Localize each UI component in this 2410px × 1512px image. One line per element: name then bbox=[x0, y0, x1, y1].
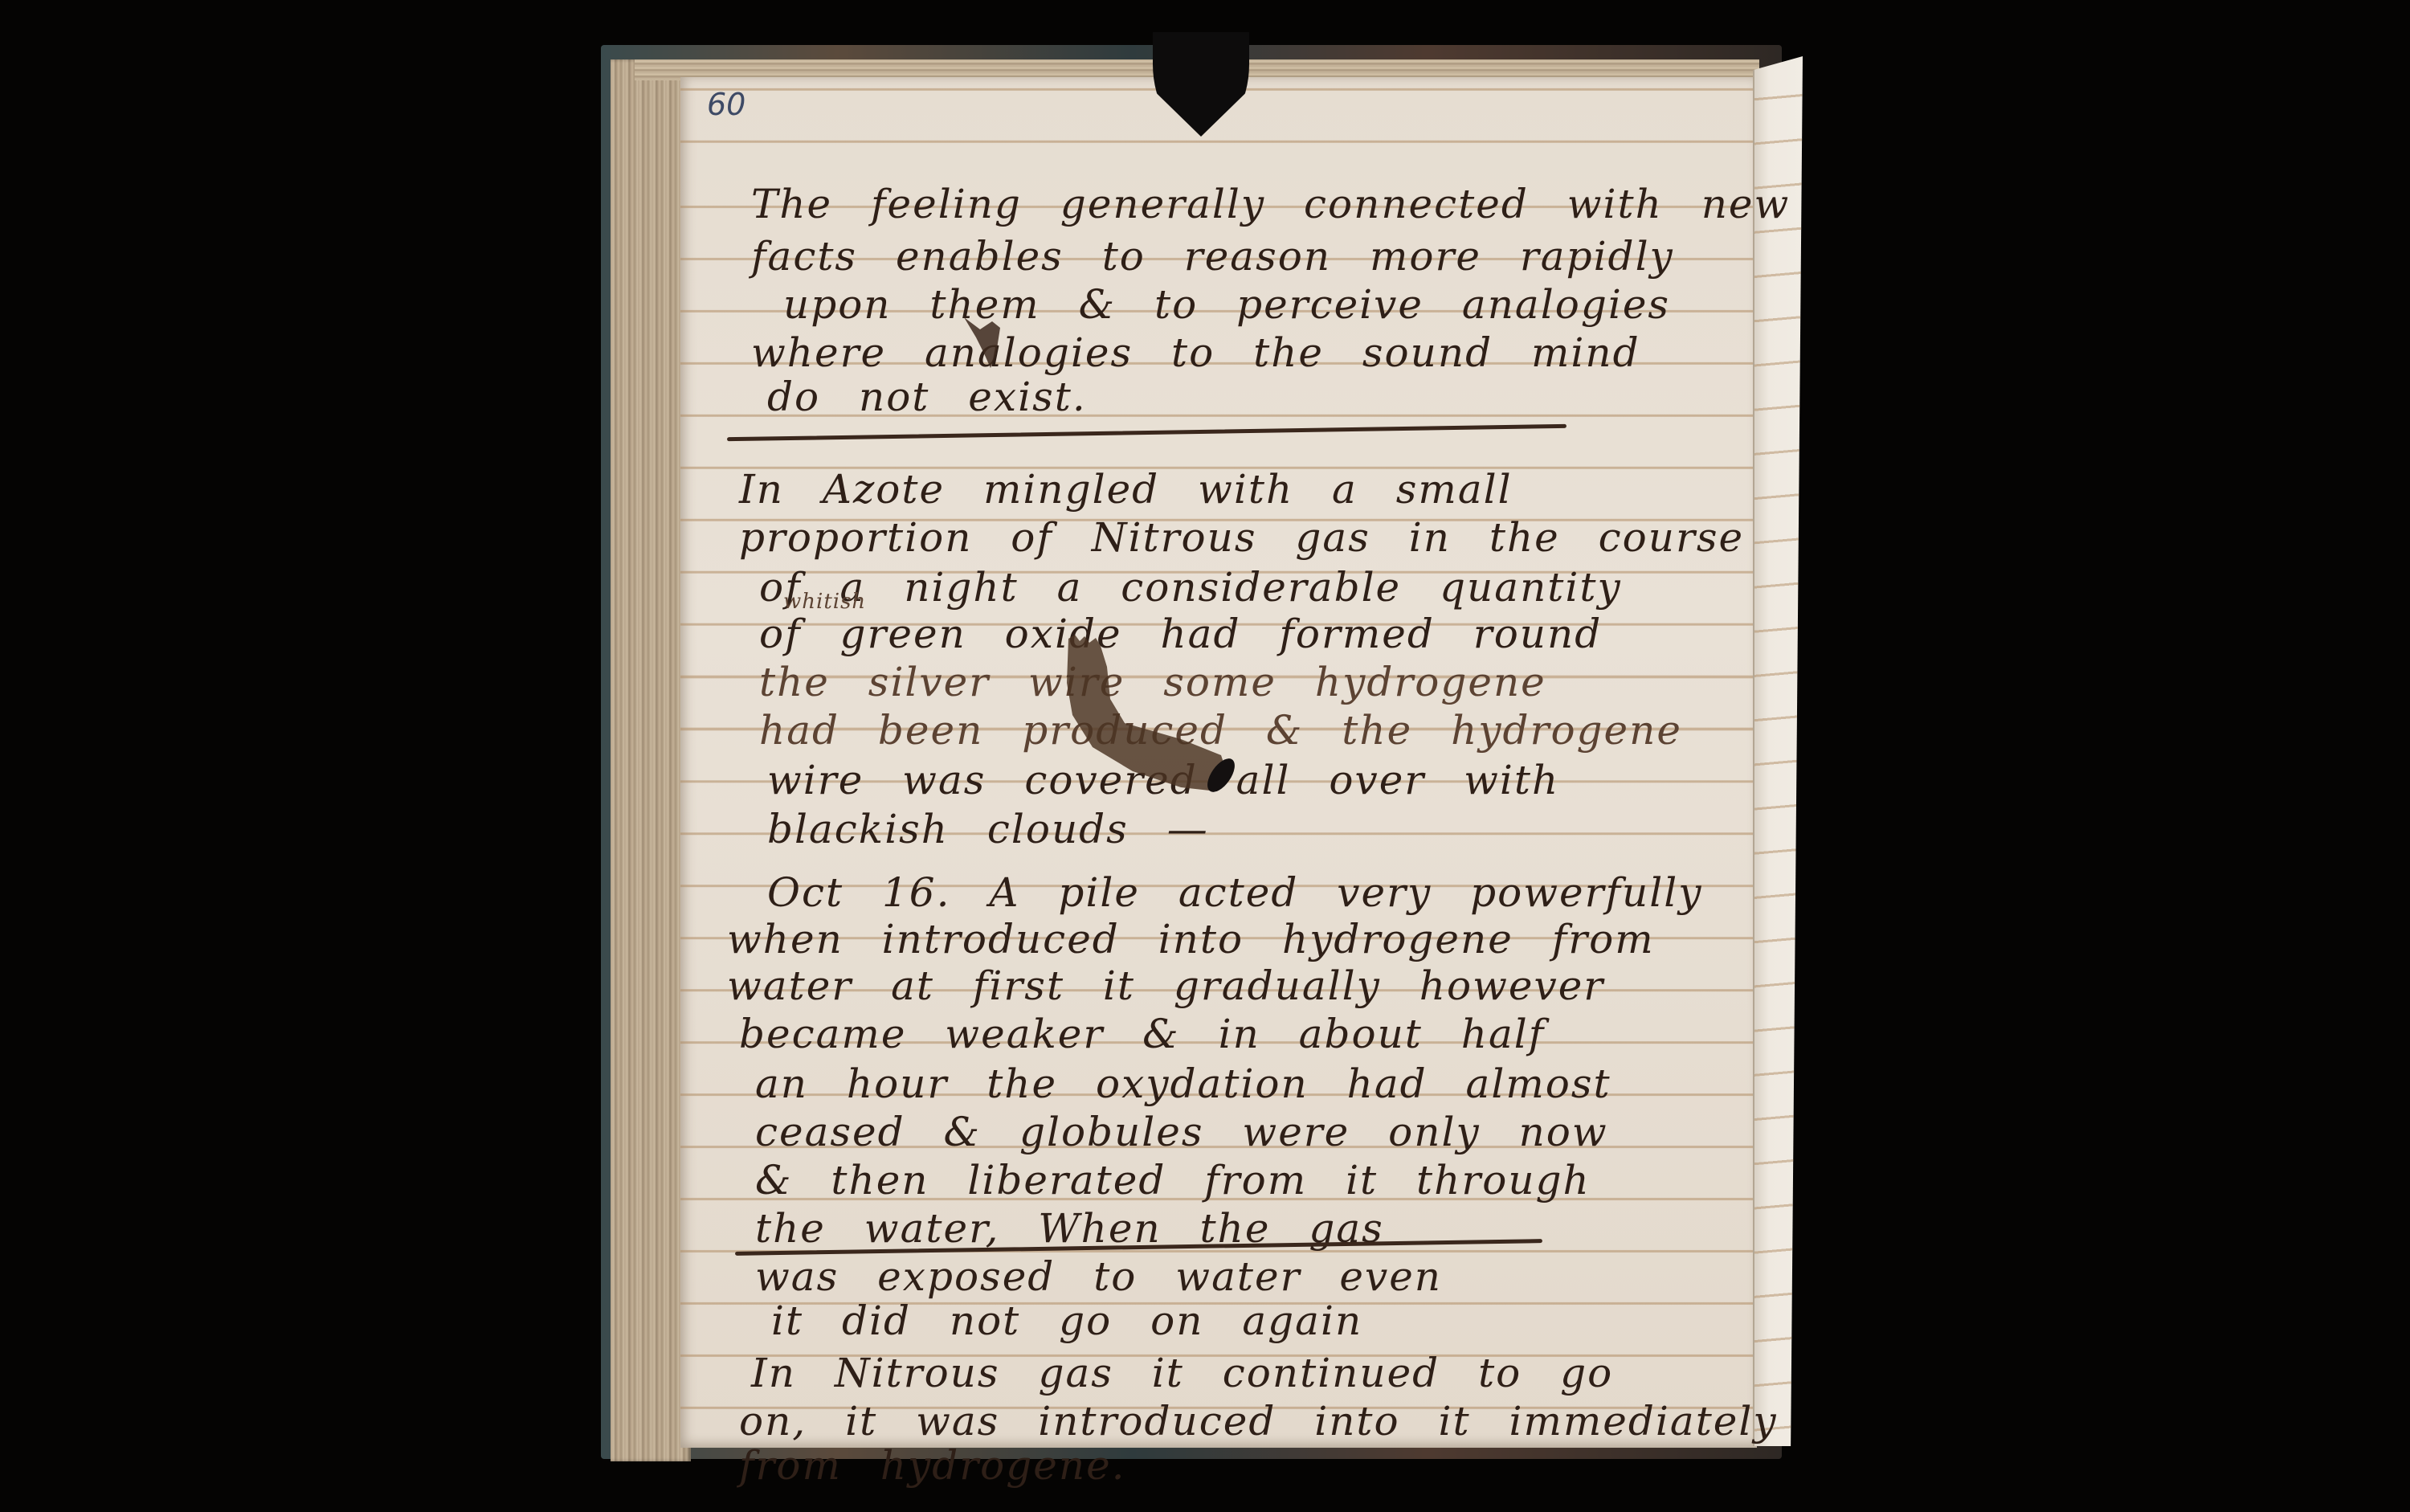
text-line: was exposed to water even bbox=[755, 1253, 1442, 1300]
page-number: 60 bbox=[707, 87, 745, 122]
text-line: an hour the oxydation had almost bbox=[755, 1060, 1611, 1107]
text-line: it did not go on again bbox=[771, 1297, 1362, 1344]
text-line: In Nitrous gas it continued to go bbox=[751, 1350, 1613, 1396]
folded-slip bbox=[1753, 56, 1803, 1446]
text-line: when introduced into hydrogene from bbox=[727, 916, 1655, 962]
text-line: of a night a considerable quantity bbox=[759, 564, 1622, 611]
text-line: Oct 16. A pile acted very powerfully bbox=[767, 869, 1702, 916]
text-line: The feeling generally connected with new bbox=[751, 181, 1790, 227]
text-line: proportion of Nitrous gas in the course bbox=[739, 514, 1744, 561]
text-line: where analogies to the sound mind bbox=[751, 329, 1640, 376]
small-ink-stain bbox=[960, 313, 1008, 370]
text-line: on, it was introduced into it immediatel… bbox=[739, 1398, 1778, 1445]
text-line: facts enables to reason more rapidly bbox=[751, 233, 1674, 280]
text-line: & then liberated from it through bbox=[755, 1157, 1591, 1203]
text-line: In Azote mingled with a small bbox=[739, 466, 1513, 513]
text-line: water at first it gradually however bbox=[727, 962, 1604, 1009]
text-line: upon them & to perceive analogies bbox=[783, 281, 1670, 328]
stacked-page-edges bbox=[611, 59, 691, 1461]
text-line: from hydrogene. bbox=[739, 1442, 1126, 1489]
text-line: ceased & globules were only now bbox=[755, 1109, 1608, 1155]
slip-ruled-lines bbox=[1754, 56, 1803, 1446]
text-line: blackish clouds — bbox=[767, 806, 1209, 852]
text-line: became weaker & in about half bbox=[739, 1011, 1545, 1057]
text-line: do not exist. bbox=[767, 374, 1087, 420]
ink-blot-stain bbox=[1060, 635, 1245, 795]
